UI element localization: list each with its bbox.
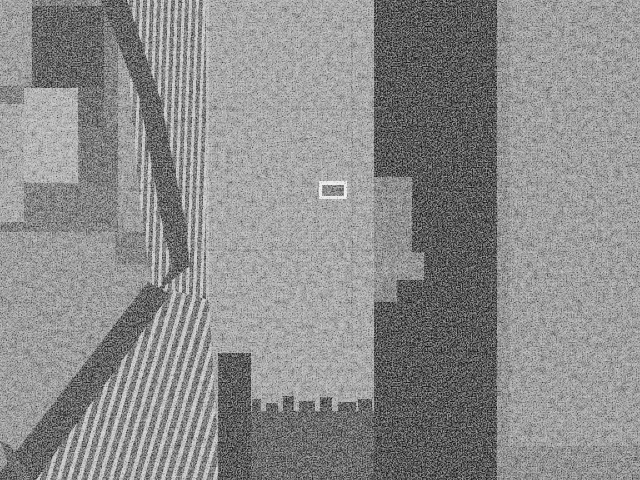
setback-step — [80, 128, 118, 182]
window-grid-line-horizontal — [204, 108, 374, 110]
window-grid-line-horizontal — [204, 249, 374, 251]
ground-shadow — [250, 411, 374, 480]
ledge-step — [374, 280, 397, 302]
black-tower — [218, 353, 251, 480]
ledge-step — [374, 253, 424, 280]
noisy-cityscape-photo — [0, 0, 640, 480]
setback-corner-face — [0, 0, 32, 86]
rooftop-silhouette-tooth — [320, 397, 332, 412]
window-frame-highlight — [319, 181, 347, 199]
window-grid-line-vertical — [351, 30, 353, 350]
right-building-face — [497, 0, 640, 480]
rooftop-silhouette-tooth — [283, 396, 294, 412]
left-edge-lit-strip — [0, 104, 24, 222]
setback-shadow-block — [32, 6, 104, 88]
light-panel — [24, 88, 78, 183]
right-facade-base-shadow — [497, 446, 640, 480]
right-facade-shadow-strip — [497, 0, 510, 480]
ledge-step — [374, 177, 412, 253]
